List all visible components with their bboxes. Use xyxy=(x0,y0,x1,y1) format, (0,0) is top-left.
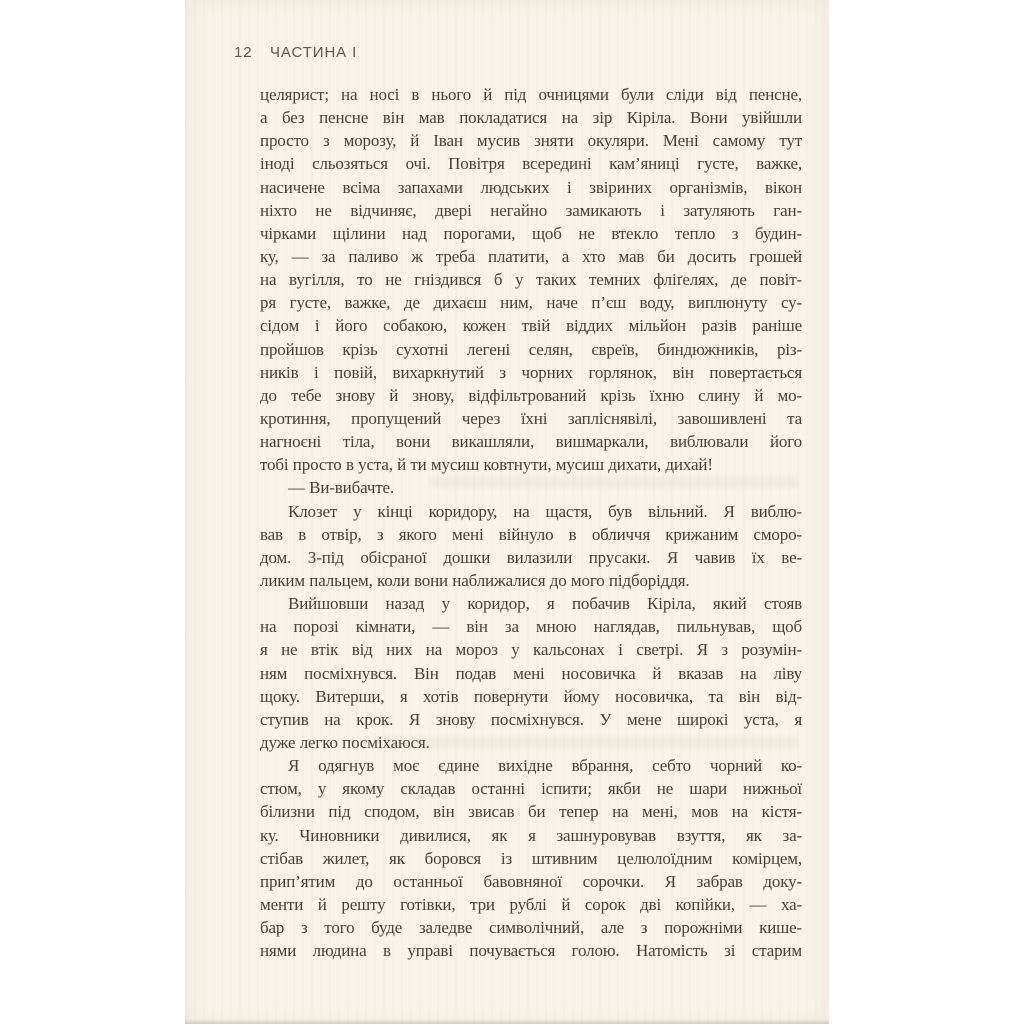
text-line: менти й решту готівки, три рублі й сорок… xyxy=(260,893,802,916)
text-line: ликим пальцем, коли вони наближалися до … xyxy=(260,569,802,592)
text-line: вав в отвір, з якого мені війнуло в обли… xyxy=(260,523,802,546)
text-line: чірками щілини над порогами, щоб не втек… xyxy=(260,222,802,245)
text-line: на порозі кімнати, — він за мною нагляда… xyxy=(260,615,802,638)
scan-canvas: 12 ЧАСТИНА I целярист; на носі в нього й… xyxy=(0,0,1024,1024)
text-line: ників і повій, вихаркнутий з чорних горл… xyxy=(260,361,802,384)
text-line: — Ви-вибачте. xyxy=(260,476,802,499)
text-line: дуже легко посміхаюся. xyxy=(260,731,802,754)
text-line: сідом і його собакою, кожен твій віддих … xyxy=(260,314,802,337)
text-line: бар з того буде заледве символічний, але… xyxy=(260,916,802,939)
text-line: просто з морозу, й Іван мусив зняти окул… xyxy=(260,129,802,152)
text-line: ку. Чиновники дивилися, як я зашнуровува… xyxy=(260,824,802,847)
page-edge-shadow xyxy=(185,1019,829,1024)
text-line: пройшов крізь сухотні легені селян, євре… xyxy=(260,338,802,361)
text-line: стюм, у якому складав останні іспити; як… xyxy=(260,777,802,800)
text-line: Я одягнув моє єдине вихідне вбрання, себ… xyxy=(260,754,802,777)
text-line: целярист; на носі в нього й під очницями… xyxy=(260,83,802,106)
text-line: на вугілля, то не гніздився б у таких те… xyxy=(260,268,802,291)
text-line: ку, — за паливо ж треба платити, а хто м… xyxy=(260,245,802,268)
text-line: ступив на крок. Я знову посміхнувся. У м… xyxy=(260,708,802,731)
text-line: ря густе, важке, де дихаєш ним, наче п’є… xyxy=(260,291,802,314)
text-line: дом. З-під обісраної дошки вилазили прус… xyxy=(260,546,802,569)
text-line: щоку. Витерши, я хотів повернути йому но… xyxy=(260,685,802,708)
text-line: ніхто не відчиняє, двері негайно замикаю… xyxy=(260,199,802,222)
text-line: білизни під сподом, він звисав би тепер … xyxy=(260,800,802,823)
text-line: ням посміхнувся. Він подав мені носовичк… xyxy=(260,662,802,685)
text-line: кротиння, пропущений через їхні заплісня… xyxy=(260,407,802,430)
page-number: 12 xyxy=(234,44,253,62)
text-line: прип’ятим до останньої бавовняної сорочк… xyxy=(260,870,802,893)
text-line: тобі просто в уста, й ти мусиш ковтнути,… xyxy=(260,453,802,476)
text-line: насичене всіма запахами людських і звіри… xyxy=(260,176,802,199)
text-line: Клозет у кінці коридору, на щастя, був в… xyxy=(260,500,802,523)
body-text: целярист; на носі в нього й під очницями… xyxy=(260,83,802,962)
text-line: нями людина в управі почувається голою. … xyxy=(260,939,802,962)
running-head-title: ЧАСТИНА I xyxy=(270,44,357,62)
text-line: стібав жилет, як боровся із штивним целю… xyxy=(260,847,802,870)
text-line: Вийшовши назад у коридор, я побачив Кірі… xyxy=(260,592,802,615)
text-line: нагноєні тіла, вони викашляли, вишмаркал… xyxy=(260,430,802,453)
text-line: іноді сльозяться очі. Повітря всередині … xyxy=(260,152,802,175)
text-line: до тебе знову й знову, відфільтрований к… xyxy=(260,384,802,407)
running-header: 12 ЧАСТИНА I xyxy=(185,44,829,62)
text-line: я не втік від них на мороз у кальсонах і… xyxy=(260,638,802,661)
book-page: 12 ЧАСТИНА I целярист; на носі в нього й… xyxy=(185,0,829,1024)
text-line: а без пенсне він мав покладатися на зір … xyxy=(260,106,802,129)
